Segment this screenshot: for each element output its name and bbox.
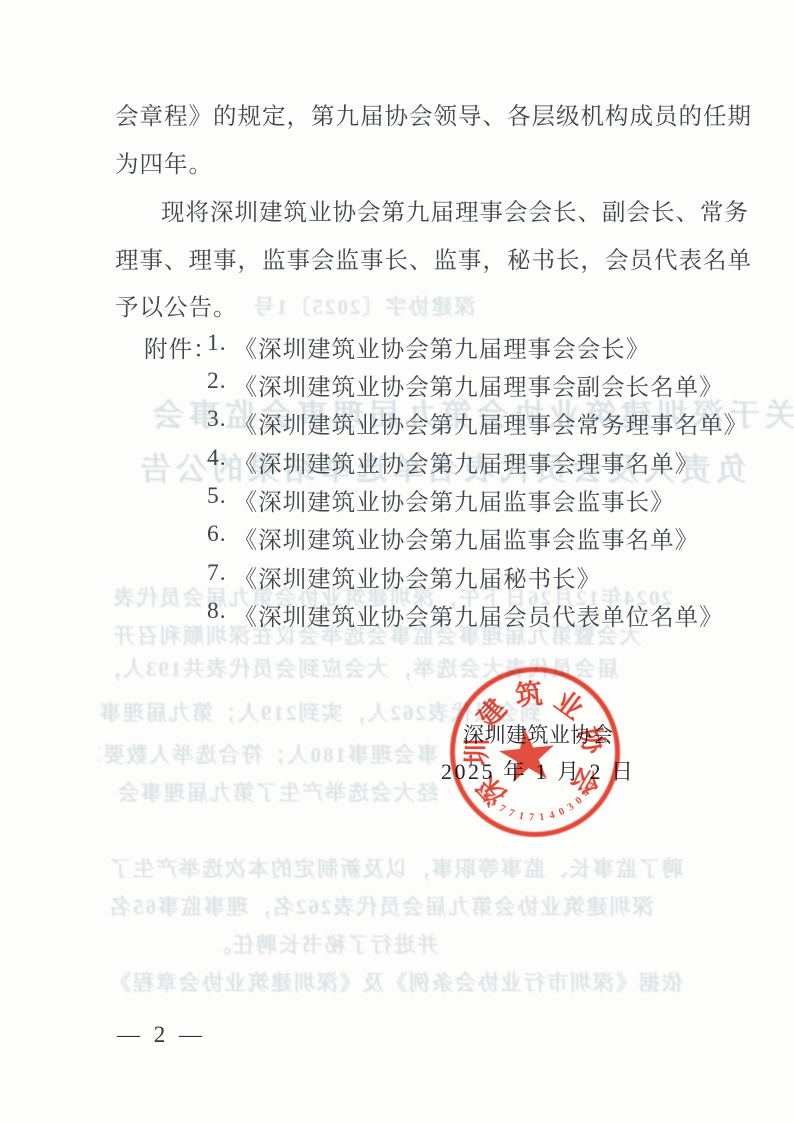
seal-ring-char: 筑 [513, 672, 544, 714]
attachment-item: 3.《深圳建筑业协会第九届理事会常务理事名单》 [207, 406, 748, 440]
attachment-title: 《深圳建筑业协会第九届秘书长》 [234, 560, 602, 594]
page-number: — 2 — [117, 1022, 206, 1048]
attachment-number: 6. [207, 521, 227, 555]
seal-star-icon [495, 723, 559, 787]
seal-serial-digit: 7 [529, 812, 535, 823]
attachment-number: 1. [207, 330, 227, 364]
attachment-number: 8. [207, 598, 227, 632]
official-seal-stamp: 深 圳 建 筑 业 协 会 4 4 0 3 0 4 1 7 1 7 7 1 6 [442, 659, 629, 846]
attachment-title: 《深圳建筑业协会第九届监事会监事名单》 [234, 521, 700, 555]
document-page: 深建协字〔2025〕1号 关于深圳建筑业协会第九届理事会监事会 负责人及会员代表… [0, 0, 794, 1122]
attachment-title: 《深圳建筑业协会第九届理事会常务理事名单》 [234, 406, 749, 440]
attachment-number: 2. [207, 368, 227, 402]
attachment-title: 《深圳建筑业协会第九届监事会监事长》 [234, 483, 675, 517]
bleedthrough-text: 经大会选举产生了第九届理事会 [98, 777, 438, 807]
attachment-item: 2.《深圳建筑业协会第九届理事会副会长名单》 [207, 368, 724, 402]
attachment-number: 3. [207, 406, 227, 440]
body-line: 理事、理事，监事会监事长、监事，秘书长，会员代表名单 [115, 241, 752, 275]
attachment-item: 6.《深圳建筑业协会第九届监事会监事名单》 [207, 521, 699, 555]
attachment-title: 《深圳建筑业协会第九届会员代表单位名单》 [234, 598, 724, 632]
bleedthrough-text: 事会理事180人；符合选举人数要求 [98, 739, 438, 769]
attachment-item: 7.《深圳建筑业协会第九届秘书长》 [207, 560, 601, 594]
attachment-item: 1.《深圳建筑业协会第九届理事会会长》 [207, 330, 650, 364]
body-line: 为四年。 [115, 145, 213, 179]
attachment-item: 8.《深圳建筑业协会第九届会员代表单位名单》 [207, 598, 724, 632]
bleedthrough-text: 深圳建筑业协会第九届会员代表262名，理事监事65名 [108, 891, 654, 921]
bleedthrough-text: 聘了监事长、监事等职事，以及新制定的本次选举产生了 [108, 853, 683, 883]
attachment-title: 《深圳建筑业协会第九届理事会会长》 [234, 330, 651, 364]
bleedthrough-text: 并进行了秘书长聘任。 [108, 929, 438, 959]
body-line: 会章程》的规定，第九届协会领导、各层级机构成员的任期 [115, 97, 752, 131]
attachment-title: 《深圳建筑业协会第九届理事会副会长名单》 [234, 368, 724, 402]
attachment-number: 5. [207, 483, 227, 517]
attachment-item: 5.《深圳建筑业协会第九届监事会监事长》 [207, 483, 675, 517]
bleedthrough-text: 依据《深圳市行业协会条例》及《深圳建筑业协会章程》 [108, 967, 683, 997]
attachment-number: 4. [207, 445, 227, 479]
bleedthrough-text: 深建协字〔2025〕1号 [252, 291, 476, 321]
seal-ring-char: 圳 [456, 739, 495, 766]
attachment-number: 7. [207, 560, 227, 594]
body-line: 现将深圳建筑业协会第九届理事会会长、副会长、常务 [161, 193, 749, 227]
attachment-item: 4.《深圳建筑业协会第九届理事会理事名单》 [207, 445, 699, 479]
body-line: 予以公告。 [115, 288, 238, 322]
seal-serial-digit: 1 [539, 812, 545, 823]
attachment-title: 《深圳建筑业协会第九届理事会理事名单》 [234, 445, 700, 479]
